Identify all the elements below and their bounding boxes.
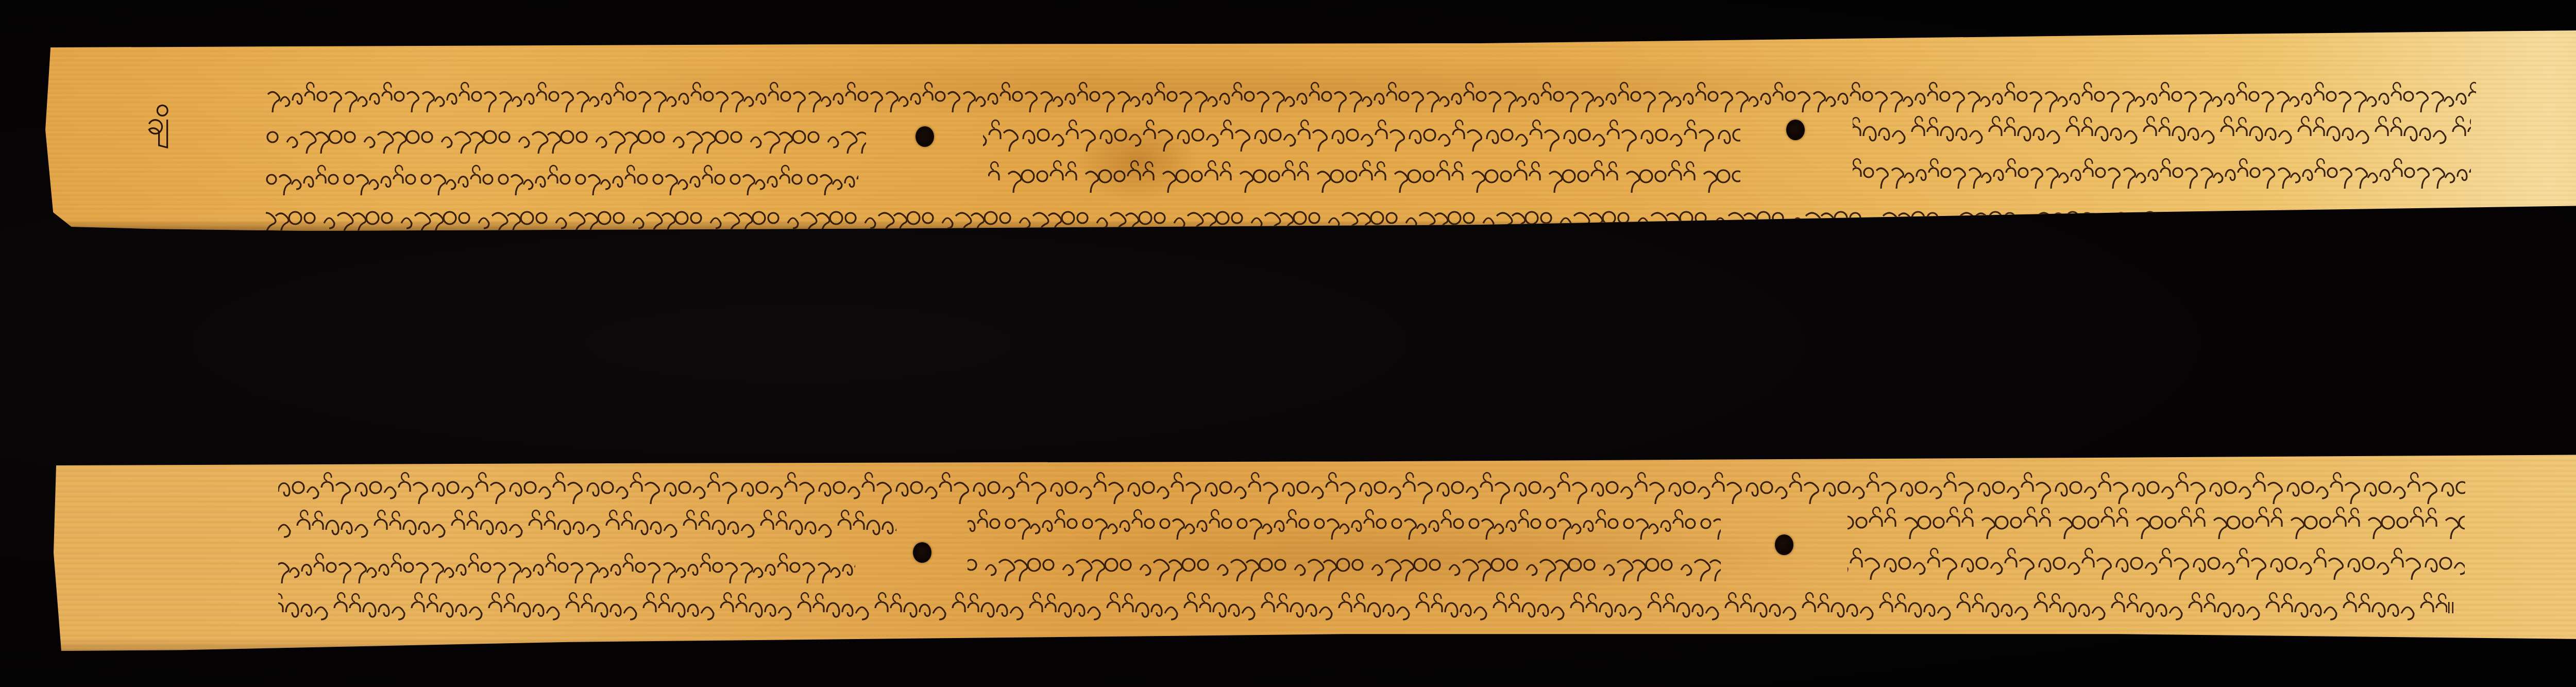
line-text: ပုတိတ္တသောတကာဋ်ဂမသိက္ကုတံဂလိဟိတာဃက္ကတံဂဆ… [266, 123, 716, 153]
palm-leaf-bottom: ဂစိတိသဂဘာဓဇ္ဇအုတ္တဓတ္တဒ္ဒမိုကာဒ္ဒုဒ္ဒဂဏ္… [54, 454, 2576, 652]
text-line: ဒြဲဂိ၊တတိယဒြဲဂိဝတုဇ္ဇဒြဲဂိဥပ္ပဃမ္ဗုဒ္ဒဝိ… [278, 589, 2447, 625]
text-line: ဂစိတိသဂဘာဓဇ္ဇအုတ္တဓတ္တဒ္ဒမိုကာဒ္ဒုဒ္ဒဂဏ္… [278, 468, 2465, 504]
line-text: ဒြဲဂိ၊တတိယဒြဲဂိဝတုဇ္ဇဒြဲဂိဥပ္ပဃမ္ဗုဒ္ဒဝိ… [278, 594, 1643, 624]
line-text: ဒုံသဦတုံဥပမ္ဘဂေလ္ဆိုလိုဇုဋ္ဌသမ္ဗုဿသနဗ္ဗတ… [266, 82, 1474, 112]
text-line: ပုရိတဂဏ္ဍဒိသိဋ္ဌိတ္တာဒုံဒုံဒ၀ဂဏ္ဍဒိဂဟာနယ… [266, 160, 858, 196]
text-line: ဂလာဟိဒ္ဓသမ္ဗုဂယာဂလာဂကဂဝဂဘာဓဇ္ဇဂဟာဂယာဂဒ္ဒ… [968, 545, 1721, 581]
line-text: ဂစိတိသဂဘာဓဇ္ဇအုတ္တဓတ္တဒ္ဒမိုကာဒ္ဒုဒ္ဒဂဏ္… [278, 473, 1762, 504]
line-text: ပဓဖုဒ္ဓဗဏ်ဥပ္ပဃမ္ဗုဒ္ဒဝိဟအတိယသ္ဒုဂလာဟိဒ္… [1848, 508, 2269, 539]
string-hole [1786, 120, 1805, 140]
line-text: ပုရိတဂဏ္ဍဒိသိဋ္ဌိတ္တာဒုံဒုံဒ၀ဂဏ္ဍဒိဂဟာနယ… [266, 165, 619, 195]
palm-leaf-top: ချိ ဒုံသဦတုံဥပမ္ဘဂေလ္ဆိုလိုဇုဋ္ဌသမ္ဗုဿသန… [45, 27, 2576, 233]
text-line: ဂလာဟိဒ္ဓသမ္ဗုဂယာဂဆာဂကဒ္ဒဂဘာဓဇ္ဇကဟာတိကတဂဖ… [278, 506, 896, 542]
text-line: ယစ္ဆုဓဒ္ဒဓိပါမကဂဏဿဂဓမ္မဝဧ္ဂိဒိကိဂိပဂဗဿယဆ… [988, 157, 1740, 193]
text-line: တိဒ္ဒယန္တာဂလာတိဒ္ဓတိဂယံသမ္ဗုဒဂယာဂလောဂက [1853, 153, 2471, 189]
string-hole [916, 126, 934, 147]
string-hole [913, 542, 931, 563]
section-end-mark: ။ [2447, 589, 2454, 626]
line-text: သာဝဂကာဒ္ဒုဝဒ္ဒဝိဥဒ္ဒါဒိဂယံဗျုဒိဂုဒ္ဒတိဗု… [278, 553, 656, 583]
text-line: ဗူဂဏ္ဍဿဂတဂလိတဖုသမ္ဗုဒ္ဒဝိဒုဂလာဟိဒ္ဓိဒ္ဓဗ… [968, 504, 1721, 540]
string-hole [1775, 534, 1793, 555]
line-text: ဂလာဟိဒ္ဓသမ္ဗုဂယာဂလာဂကဂဝဂဘာဓဇ္ဇဂဟာဂယာဂဒ္ဒ… [968, 550, 1516, 581]
line-text: ဥပမ္ဘဂလ္ဆိုလိဇုဋ္ဌခသမ္ဗုဿသနဗ္ဗတဂ္ဂိဂဆဃဓာ… [1853, 118, 2244, 148]
line-text: ဍူဝလာတိတဿဂတဆာဝကာသုဃုယတ္တိဋ္ဌိဂယာတံပြဲ့ဓဂ… [983, 121, 1526, 151]
text-line: ဥပမ္ဘဂလ္ဆိုလိဇုဋ္ဌခသမ္ဗုဿသနဗ္ဗတဂ္ဂိဂဆဃဓာ… [1853, 112, 2471, 148]
line-text: တိဒ္ဒယန္တာဂလာတိဒ္ဓတိဂယံသမ္ဗုဒဂယာဂလောဂက [1853, 158, 2234, 189]
text-line: ပဓဖုဒ္ဓဗဏ်ဥပ္ပဃမ္ဗုဒ္ဒဝိဟအတိယသ္ဒုဂလာဟိဒ္… [1848, 503, 2465, 539]
text-line: ပုတိတ္တသောတကာဋ်ဂမသိက္ကုတံဂလိဟိတာဃက္ကတံဂဆ… [266, 118, 866, 154]
folio-marker: ချိ [146, 107, 170, 140]
text-line: ဒုံသဦတုံဥပမ္ဘဂေလ္ဆိုလိုဇုဋ္ဌသမ္ဗုဿသနဗ္ဗတ… [266, 77, 2476, 113]
text-line: သာဝဂကာဒ္ဒုဝဒ္ဒဝိဥဒ္ဒါဒိဂယံဗျုဒိဂုဒ္ဒတိဗု… [278, 548, 855, 584]
text-line: ဂစိတိသဂဘာဓဇ္ဇဒုဒ္ဒတာဒုကဒ္ဒဂုဒမ္မိကာသာဂဘာ… [1848, 544, 2465, 580]
text-line: ဍူဝလာတိတဿဂတဆာဝကာသုဃုယတ္တိဋ္ဌိဂယာတံပြဲ့ဓဂ… [983, 115, 1740, 152]
line-text: ယစ္ဆုဓဒ္ဒဓိပါမကဂဏဿဂဓမ္မဝဧ္ဂိဒိကိဂိပဂဗဿယဆ… [988, 162, 1481, 192]
line-text: ဂစိတိသဂဘာဓဇ္ဇဒုဒ္ဒတာဒုကဒ္ဒဂုဒမ္မိကာသာဂဘာ… [1848, 549, 2274, 579]
line-text: ဂလာဟိဒ္ဓသမ္ဗုဂယာဂဆာဂကဒ္ဒဂဘာဓဇ္ဇကဟာတိကတဂဖ… [278, 511, 736, 542]
line-text: ဗူဂဏ္ဍဿဂတဂလိတဖုသမ္ဗုဒ္ဒဝိဒုဂလာဟိဒ္ဓိဒ္ဓဗ… [968, 509, 1450, 540]
